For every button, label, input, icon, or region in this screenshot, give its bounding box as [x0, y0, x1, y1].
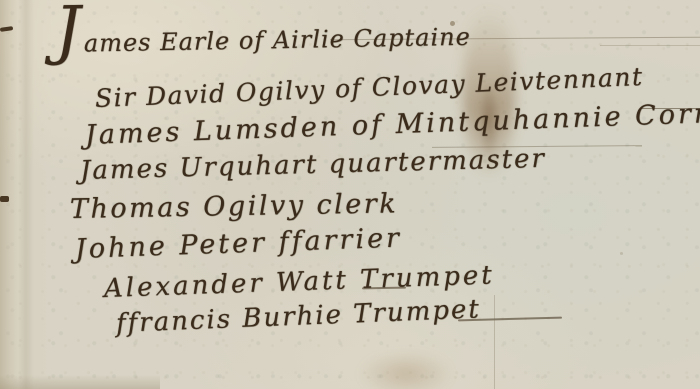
ink-speck — [620, 252, 623, 255]
entry-clerk: Thomas Ogilvy clerk — [70, 190, 398, 223]
manuscript-page: James Earle of Airlie Captaine Sir David… — [0, 0, 700, 389]
entry-quartermaster: James Urquhart quartermaster — [80, 146, 547, 184]
ruled-line — [600, 45, 700, 46]
entry-farrier: Johne Peter ffarrier — [75, 225, 403, 263]
edge-ink-mark — [0, 26, 13, 32]
paper-crease — [494, 295, 495, 389]
page-bottom-edge — [0, 375, 160, 389]
entry-trumpeter-2: ffrancis Burhie Trumpet — [115, 296, 481, 337]
edge-ink-mark — [0, 196, 9, 202]
paper-stain — [360, 352, 452, 389]
page-fold-edge — [0, 0, 52, 389]
entry-captain: James Earle of Airlie Captaine — [55, 0, 471, 57]
